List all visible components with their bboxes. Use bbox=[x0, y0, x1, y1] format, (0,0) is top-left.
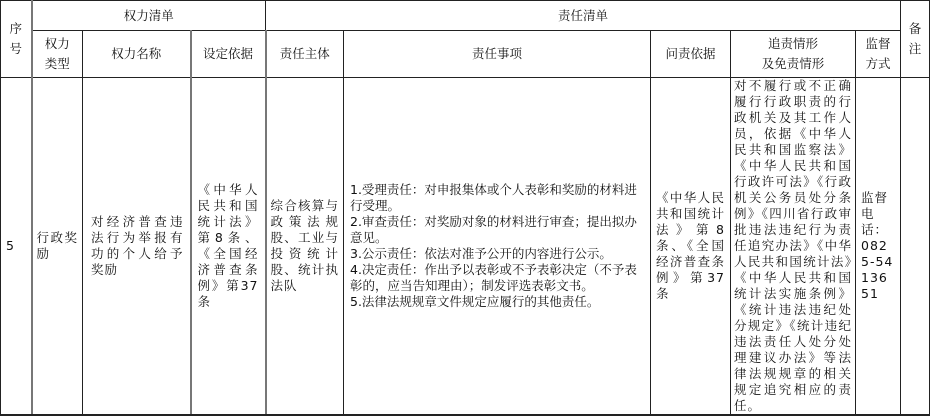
header-remarks: 备注 bbox=[901, 1, 930, 78]
cell-responsibility-items: 1.受理责任：对申报集体或个人表彰和奖励的材料进行受理。 2.审查责任：对奖励对… bbox=[344, 78, 651, 356]
responsibility-item: 3.公示责任：依法对准予公开的内容进行公示。 bbox=[350, 246, 644, 262]
header-power-name: 权力名称 bbox=[83, 31, 191, 78]
cell-basis: 《中华人民共和国统计法》第8条、《全国经济普查条例》第37条 bbox=[191, 78, 266, 356]
responsibility-item: 1.受理责任：对申报集体或个人表彰和奖励的材料进行受理。 bbox=[350, 182, 644, 214]
header-responsibility-list: 责任清单 bbox=[266, 1, 901, 31]
cell-supervision: 监督电话：0825-5413651 bbox=[856, 78, 901, 356]
cell-accountability-basis: 《中华人民共和国统计法》第8条、《全国经济普查条例》第37条 bbox=[651, 78, 731, 356]
responsibility-item: 4.决定责任：作出予以表彰或不予表彰决定（不予表彰的，应当告知理由）；制发评选表… bbox=[350, 262, 644, 294]
header-supervision: 监督方式 bbox=[856, 31, 901, 78]
header-remarks-label: 备注 bbox=[908, 19, 922, 59]
header-supervision-label: 监督方式 bbox=[864, 34, 892, 74]
cell-responsible-body: 综合核算与政策法规股、工业与投资统计股、统计执法队 bbox=[266, 78, 344, 356]
cell-power-name: 对经济普查违法行为举报有功的个人给予奖励 bbox=[83, 78, 191, 356]
header-power-type: 权力类型 bbox=[32, 31, 83, 78]
header-row-1: 序号 权力清单 责任清单 备注 bbox=[1, 1, 930, 31]
power-responsibility-table: 序号 权力清单 责任清单 备注 权力类型 权力名称 设定依据 责任主体 责任事项… bbox=[0, 0, 930, 355]
header-row-2: 权力类型 权力名称 设定依据 责任主体 责任事项 问责依据 追责情形 及免责情形… bbox=[1, 31, 930, 78]
header-accountability-cases: 追责情形 及免责情形 bbox=[731, 31, 856, 78]
cell-accountability-cases: 对不履行或不正确履行行政职责的行政机关及其工作人员，依据《中华人民共和国监察法》… bbox=[731, 78, 856, 356]
header-seq: 序号 bbox=[1, 1, 32, 78]
responsibility-item: 5.法律法规规章文件规定应履行的其他责任。 bbox=[350, 294, 644, 310]
header-seq-label: 序号 bbox=[9, 19, 23, 59]
responsibility-item: 2.审查责任：对奖励对象的材料进行审查；提出拟办意见。 bbox=[350, 214, 644, 246]
cell-seq: 5 bbox=[1, 78, 32, 356]
header-basis: 设定依据 bbox=[191, 31, 266, 78]
header-responsible-body: 责任主体 bbox=[266, 31, 344, 78]
cell-remarks bbox=[901, 78, 930, 356]
header-power-type-label: 权力类型 bbox=[43, 34, 71, 74]
header-power-list: 权力清单 bbox=[32, 1, 266, 31]
header-accountability-basis: 问责依据 bbox=[651, 31, 731, 78]
cell-power-type: 行政奖励 bbox=[32, 78, 83, 356]
table-row: 5 行政奖励 对经济普查违法行为举报有功的个人给予奖励 《中华人民共和国统计法》… bbox=[1, 78, 930, 356]
header-responsibility-items: 责任事项 bbox=[344, 31, 651, 78]
